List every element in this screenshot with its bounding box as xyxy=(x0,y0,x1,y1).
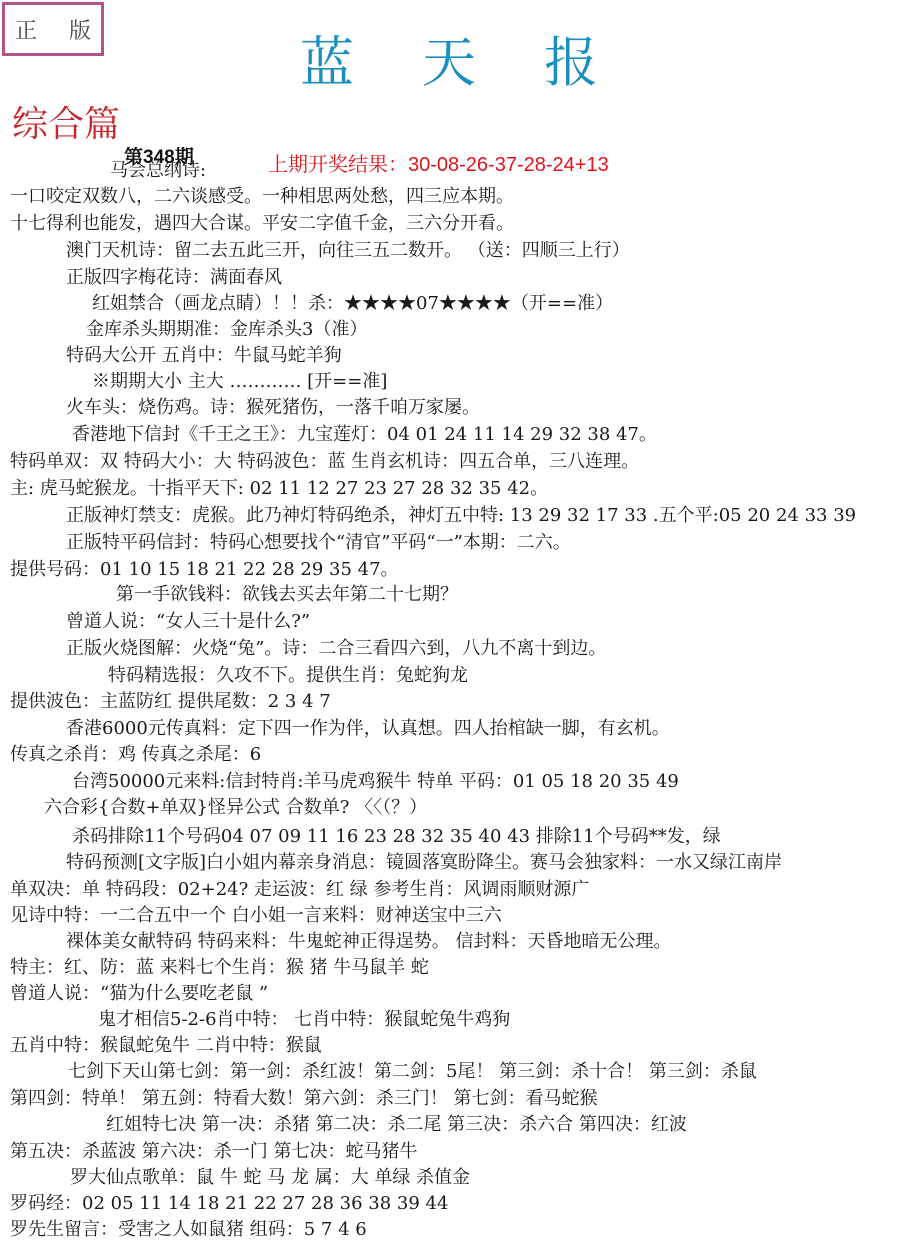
authentic-badge: 正 版 xyxy=(2,2,104,56)
content-line: 特码单双：双 特码大小：大 特码波色：蓝 生肖玄机诗：四五合单，三八连理。 xyxy=(10,451,639,473)
content-line: 曾道人说：“猫为什么要吃老鼠 ” xyxy=(10,983,268,1005)
content-line: 第四剑：特单！ 第五剑：特看大数！第六剑：杀三门！ 第七剑：看马蛇猴 xyxy=(10,1088,597,1110)
content-line: 金库杀头期期准：金库杀头3（准） xyxy=(86,319,367,341)
content-line: 香港6000元传真料：定下四一作为伴，认真想。四人抬棺缺一脚，有玄机。 xyxy=(66,718,670,740)
content-line: 六合彩{合数+单双}怪异公式 合数单? 〈〈（？） xyxy=(44,797,427,819)
content-line: 罗码经：02 05 11 14 18 21 22 27 28 36 38 39 … xyxy=(10,1193,448,1215)
content-line: 红姐特七决 第一决：杀猪 第二决：杀二尾 第三决：杀六合 第四决：红波 xyxy=(106,1114,687,1136)
content-line: 见诗中特：一二合五中一个 白小姐一言来料：财神送宝中三六 xyxy=(10,905,502,927)
content-line: 火车头：烧伤鸡。诗：猴死猪伤，一落千咱万家屡。 xyxy=(66,397,480,419)
content-line: 澳门天机诗：留二去五此三开，向往三五二数开。 （送：四顺三上行） xyxy=(66,240,630,262)
content-line: 正版特平码信封：特码心想要找个“清官”平码“一”本期：二六。 xyxy=(66,532,571,554)
section-heading: 综合篇 xyxy=(12,96,120,147)
content-line: 第一手欲钱料：欲钱去买去年第二十七期？ xyxy=(116,584,458,606)
content-line: 特码预测[文字版]白小姐内幕亲身消息：镜圆落寞盼降尘。赛马会独家料：一水又绿江南… xyxy=(66,852,782,874)
content-line: 正版火烧图解：火烧“兔”。诗：二合三看四六到，八九不离十到边。 xyxy=(66,638,606,660)
content-line: 特码大公开 五肖中：牛鼠马蛇羊狗 xyxy=(66,345,342,367)
content-line: 一口咬定双数八，二六谈感受。一种相思两处愁，四三应本期。 xyxy=(10,186,514,208)
content-line: 提供波色：主蓝防红 提供尾数：2 3 4 7 xyxy=(10,691,331,713)
content-line: 七剑下天山第七剑：第一剑：杀红波！第二剑：5尾！ 第三剑：杀十合！ 第三剑：杀鼠 xyxy=(68,1061,757,1083)
content-line: 裸体美女献特码 特码来料：牛鬼蛇神正得逞势。 信封料：天昏地暗无公理。 xyxy=(66,931,671,953)
badge-char-right: 版 xyxy=(69,14,91,45)
content-line: 红姐禁合（画龙点睛）！！杀：★★★★07★★★★（开==准） xyxy=(92,293,613,315)
content-line: 主: 虎马蛇猴龙。十指平天下: 02 11 12 27 23 27 28 32 … xyxy=(10,478,548,500)
content-line: 杀码排除11个号码04 07 09 11 16 23 28 32 35 40 4… xyxy=(72,826,721,848)
content-line: 提供号码：01 10 15 18 21 22 28 29 35 47。 xyxy=(10,559,399,581)
content-line: 单双决：单 特码段：02+24? 走运波：红 绿 参考生肖：风调雨顺财源广 xyxy=(10,879,589,901)
content-line: 传真之杀肖：鸡 传真之杀尾：6 xyxy=(10,744,261,766)
content-line: 十七得利也能发，遇四大合谋。平安二字值千金，三六分开看。 xyxy=(10,213,514,235)
content-line: 曾道人说：“女人三十是什么?” xyxy=(66,611,310,633)
content-line: 鬼才相信5-2-6肖中特： 七肖中特：猴鼠蛇兔牛鸡狗 xyxy=(98,1009,510,1031)
last-draw-result: 上期开奖结果：30-08-26-37-28-24+13 xyxy=(268,148,609,177)
content-line: 正版神灯禁支：虎猴。此乃神灯特码绝杀，神灯五中特: 13 29 32 17 33… xyxy=(66,505,856,527)
content-line: 第五决：杀蓝波 第六决：杀一门 第七决：蛇马猪牛 xyxy=(10,1141,417,1163)
content-line: 罗先生留言：受害之人如鼠猪 组码：5 7 4 6 xyxy=(10,1219,367,1241)
content-line: 马会总纲诗: xyxy=(110,160,206,182)
content-line: 香港地下信封《千王之王》：九宝莲灯：04 01 24 11 14 29 32 3… xyxy=(72,424,657,446)
content-line: ※期期大小 主大 ………… [开==准] xyxy=(92,371,387,393)
content-line: 五肖中特：猴鼠蛇兔牛 二肖中特：猴鼠 xyxy=(10,1035,322,1057)
content-line: 特码精选报：久攻不下。提供生肖：兔蛇狗龙 xyxy=(108,665,468,687)
content-line: 特主：红、防：蓝 来料七个生肖：猴 猪 牛马鼠羊 蛇 xyxy=(10,957,429,979)
newspaper-title: 蓝天报 xyxy=(300,20,666,97)
content-line: 罗大仙点歌单：鼠 牛 蛇 马 龙 属：大 单绿 杀值金 xyxy=(70,1167,470,1189)
badge-char-left: 正 xyxy=(15,14,37,45)
content-line: 正版四字梅花诗：满面春风 xyxy=(66,267,282,289)
content-line: 台湾50000元来料:信封特肖:羊马虎鸡猴牛 特单 平码：01 05 18 20… xyxy=(72,771,679,793)
